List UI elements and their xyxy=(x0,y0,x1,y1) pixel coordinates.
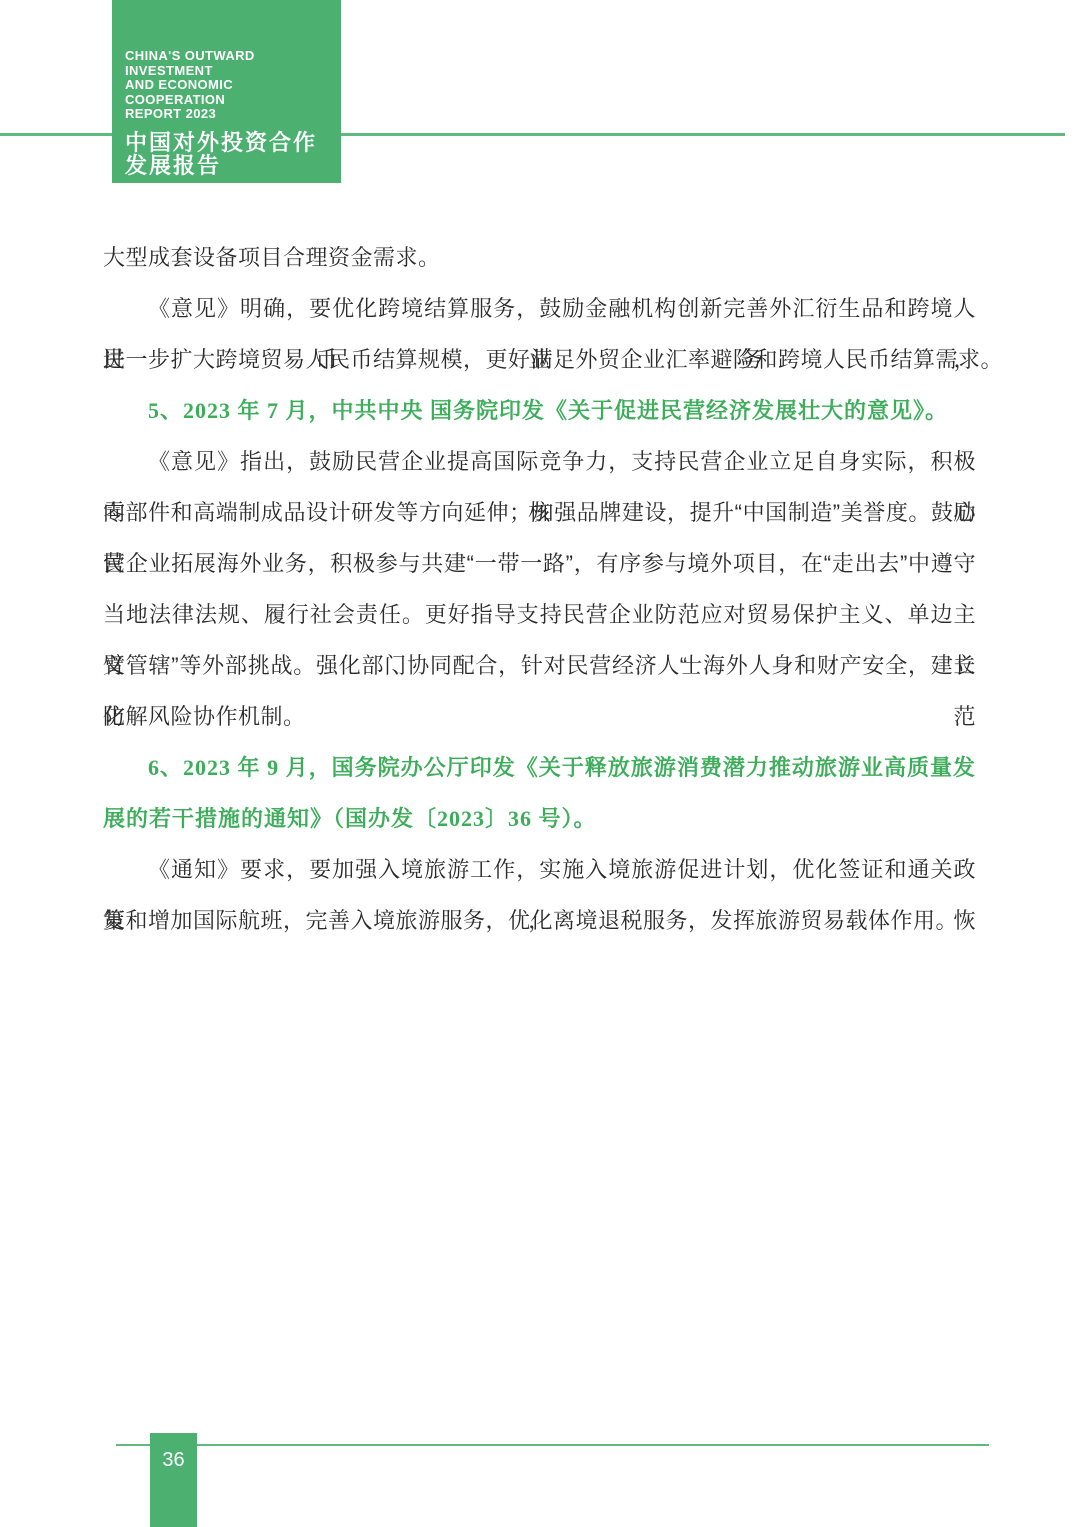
report-page: CHINA'S OUTWARD INVESTMENT AND ECONOMIC … xyxy=(0,0,1080,1527)
body-line: 臂管辖”等外部挑战。强化部门协同配合，针对民营经济人士海外人身和财产安全，建立防… xyxy=(103,640,976,691)
footer-rule xyxy=(116,1444,989,1446)
section-heading-6: 6、2023 年 9 月，国务院办公厅印发《关于释放旅游消费潜力推动旅游业高质量… xyxy=(103,742,976,793)
body-line: 营企业拓展海外业务，积极参与共建“一带一路”，有序参与境外项目，在“走出去”中遵… xyxy=(103,538,976,589)
body-line: 《通知》要求，要加强入境旅游工作，实施入境旅游促进计划，优化签证和通关政策，恢 xyxy=(103,844,976,895)
page-number: 36 xyxy=(162,1449,184,1471)
english-title-line-2: AND ECONOMIC COOPERATION xyxy=(125,78,331,107)
report-brand-block: CHINA'S OUTWARD INVESTMENT AND ECONOMIC … xyxy=(112,0,341,183)
body-line: 零部件和高端制成品设计研发等方向延伸；加强品牌建设，提升“中国制造”美誉度。鼓励… xyxy=(103,487,976,538)
page-body: 大型成套设备项目合理资金需求。 《意见》明确，要优化跨境结算服务，鼓励金融机构创… xyxy=(103,232,976,946)
body-line: 复和增加国际航班，完善入境旅游服务，优化离境退税服务，发挥旅游贸易载体作用。 xyxy=(103,895,976,946)
chinese-title-line-2: 发展报告 xyxy=(125,154,331,177)
report-year: 2023 xyxy=(125,179,331,211)
body-line: 《意见》指出，鼓励民营企业提高国际竞争力，支持民营企业立足自身实际，积极向核心 xyxy=(103,436,976,487)
body-line: 进一步扩大跨境贸易人民币结算规模，更好满足外贸企业汇率避险和跨境人民币结算需求。 xyxy=(103,334,976,385)
page-number-tab: 36 xyxy=(150,1433,197,1527)
english-title-line-3: REPORT 2023 xyxy=(125,107,331,122)
chinese-title-line-1: 中国对外投资合作 xyxy=(125,131,331,154)
section-heading-6-continued: 展的若干措施的通知》（国办发〔2023〕36 号）。 xyxy=(103,793,976,844)
english-title-line-1: CHINA'S OUTWARD INVESTMENT xyxy=(125,49,331,78)
section-heading-5: 5、2023 年 7 月，中共中央 国务院印发《关于促进民营经济发展壮大的意见》… xyxy=(103,385,976,436)
body-line: 大型成套设备项目合理资金需求。 xyxy=(103,232,976,283)
body-line: 当地法律法规、履行社会责任。更好指导支持民营企业防范应对贸易保护主义、单边主义、… xyxy=(103,589,976,640)
body-line: 《意见》明确，要优化跨境结算服务，鼓励金融机构创新完善外汇衍生品和跨境人民币业务… xyxy=(103,283,976,334)
